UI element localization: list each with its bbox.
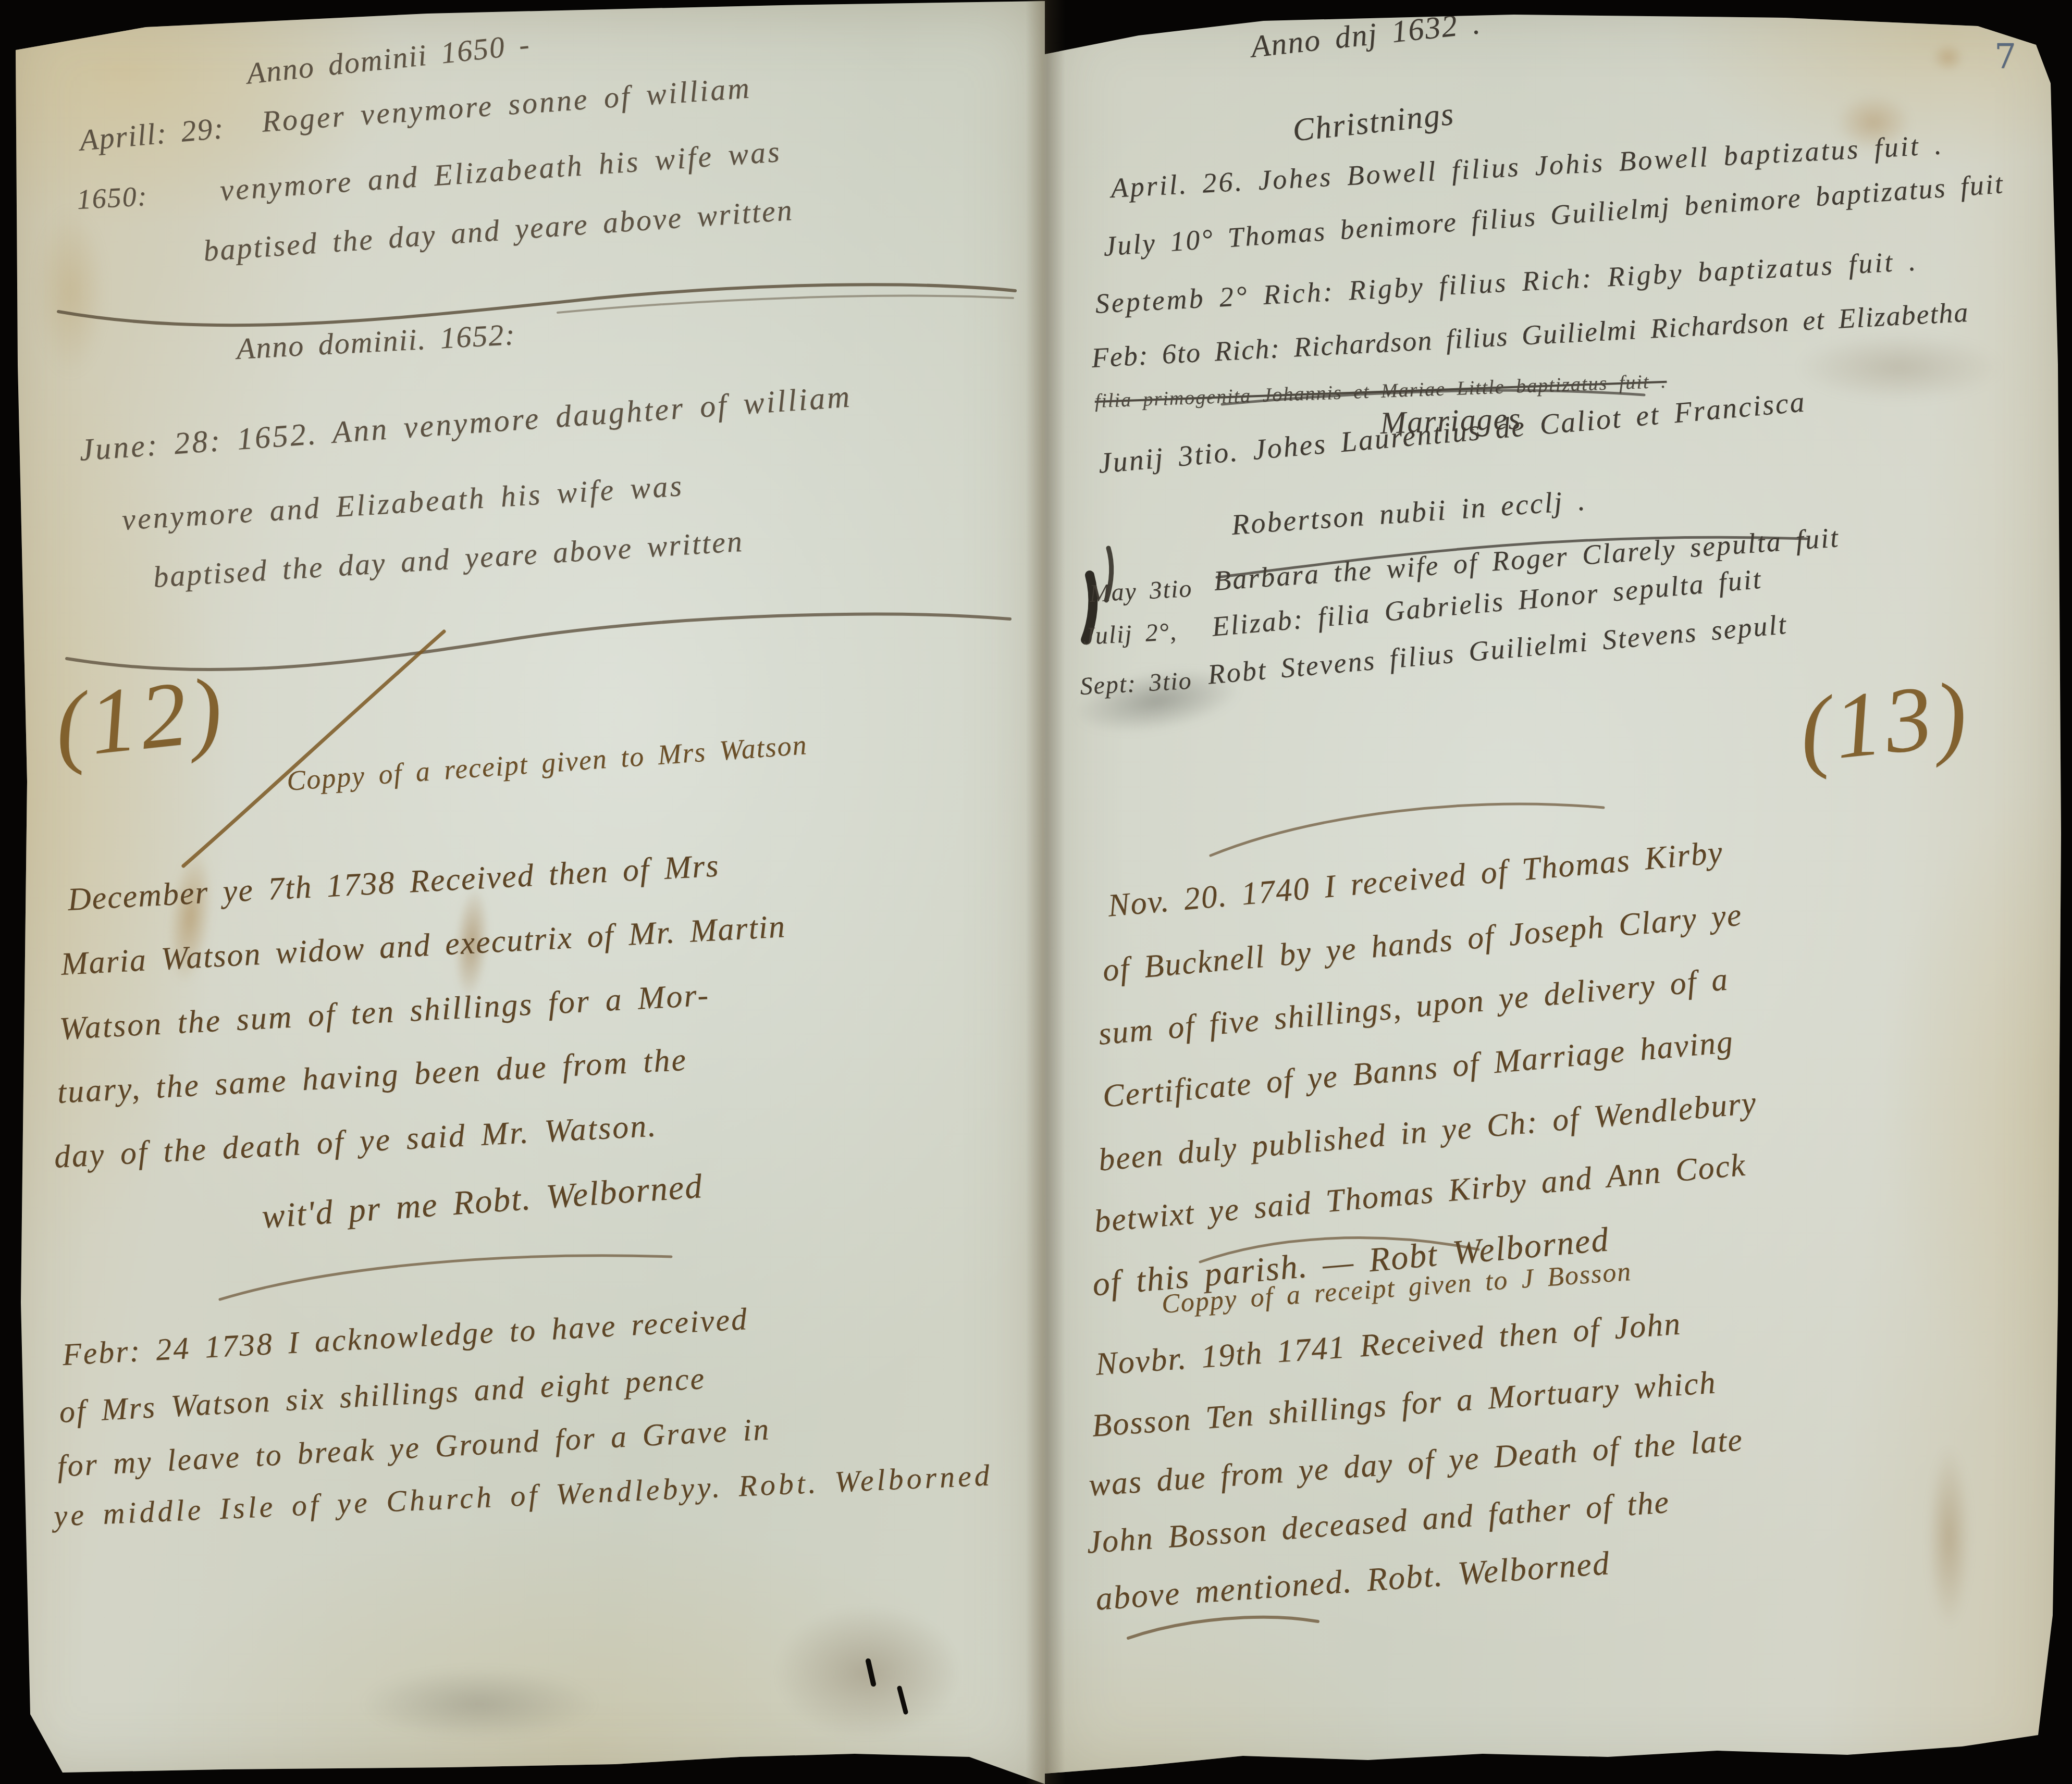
page-number-13: (13)	[1794, 660, 1976, 784]
stain-bottom-wash	[745, 1584, 990, 1761]
baptism-1650-line-3: baptised the day and yeare above written	[202, 192, 795, 268]
stain-right-edge-streak	[1920, 1417, 1978, 1657]
christnings-title: Christnings	[1291, 95, 1456, 149]
flourish-page-end	[1128, 1617, 1318, 1638]
year-heading-1632: Anno dnj 1632 .	[1249, 5, 1483, 65]
baptism-1650-margin-year: 1650:	[76, 180, 149, 216]
baptism-1652-line-3: baptised the day and yeare above written	[152, 524, 745, 594]
receipt-watson-line: Watson the sum of ten shillings for a Mo…	[58, 977, 711, 1048]
crack-mark-1	[868, 1661, 873, 1684]
receipt-grave-line: Febr: 24 1738 I acknowledge to have rece…	[61, 1301, 749, 1373]
year-heading-1652: Anno dominii. 1652:	[236, 317, 516, 366]
receipt-watson-line: December ye 7th 1738 Received then of Mr…	[67, 847, 720, 918]
baptism-1652-line-1: June: 28: 1652. Ann venymore daughter of…	[78, 378, 853, 468]
stain-ink-streak	[152, 821, 228, 1013]
left-page: Anno dominii 1650 - Aprill: 29: Roger ve…	[0, 0, 1045, 1784]
baptism-1650-line-2: venymore and Elizabeath his wife was	[219, 134, 783, 208]
receipt-watson-line: day of the death of ye said Mr. Watson.	[53, 1107, 658, 1176]
stain-bottom-smudge	[323, 1657, 636, 1751]
receipt-watson-signature: wit'd pr me Robt. Welborned	[261, 1167, 704, 1237]
right-page: 7 Anno dnj 1632 . Christnings April. 26.…	[1045, 0, 2072, 1784]
burial-date: Sept: 3tio	[1079, 666, 1193, 701]
rule-after-1650-entry	[58, 284, 1015, 325]
page-number-12: (12)	[50, 655, 231, 780]
receipt-watson-title: Coppy of a receipt given to Mrs Watson	[286, 728, 808, 797]
crack-mark-2	[899, 1688, 906, 1712]
receipt-watson-line: tuary, the same having been due from the	[56, 1042, 688, 1111]
rule-after-1650-entry-double	[558, 296, 1013, 313]
receipt-watson-line: Maria Watson widow and executrix of Mr. …	[60, 908, 787, 983]
baptism-1650-date: Aprill: 29:	[78, 110, 226, 158]
burial-date: Julij 2°,	[1082, 617, 1178, 651]
stain-top-small	[1925, 36, 1971, 78]
burial-date: May 3tio	[1089, 574, 1193, 608]
flourish-above-kirby-receipt	[1211, 804, 1604, 856]
folio-number: 7	[1994, 36, 2016, 77]
flourish-under-watson-signature	[220, 1256, 671, 1299]
year-heading-1650: Anno dominii 1650 -	[245, 27, 532, 91]
marriage-line: Robertson nubii in ecclj .	[1230, 484, 1587, 541]
parish-register-photo: Anno dominii 1650 - Aprill: 29: Roger ve…	[0, 0, 2072, 1784]
baptism-1652-line-2: venymore and Elizabeath his wife was	[121, 468, 685, 537]
